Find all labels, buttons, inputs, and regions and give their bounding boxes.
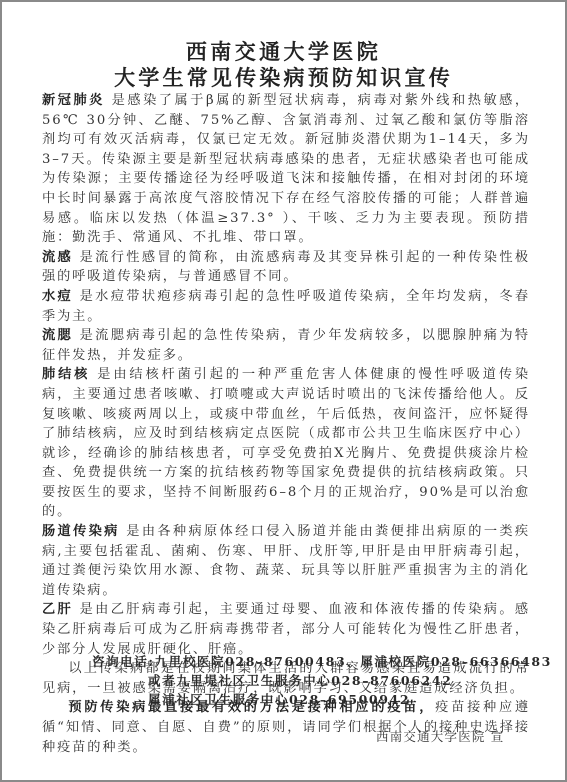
section-hepatitis-b-text: 是由乙肝病毒引起，主要通过母婴、血液和体液传播的传染病。感染乙肝病毒后可成为乙肝… (42, 602, 530, 656)
section-flu-text: 是流行性感冒的简称，由流感病毒及其变异株引起的一种传染性极强的呼吸道传染病，与普… (42, 250, 530, 285)
term-hepatitis-b: 乙肝 (42, 602, 73, 617)
term-mumps: 流腮 (42, 328, 73, 343)
section-covid: 新冠肺炎 是感染了属于β属的新型冠状病毒，病毒对紫外线和热敏感，56℃ 30分钟… (42, 91, 530, 248)
page-title-subject: 大学生常见传染病预防知识宣传 (0, 62, 567, 92)
term-tuberculosis: 肺结核 (42, 367, 90, 382)
section-chickenpox-text: 是水痘带状疱疹病毒引起的急性呼吸道传染病，全年均发病，冬春季为主。 (42, 289, 530, 324)
term-intestinal: 肠道传染病 (42, 524, 120, 539)
section-mumps-text: 是流腮病毒引起的急性传染病，青少年发病较多，以腮腺肿痛为特征伴发热，并发症多。 (42, 328, 530, 363)
contact-phone-line-1: 咨询电话:九里校医院028–87600483、犀浦校医院028–66366483 (92, 652, 552, 670)
section-intestinal: 肠道传染病 是由各种病原体经口侵入肠道并能由粪便排出病原的一类疾病,主要包括霍乱… (42, 522, 530, 600)
signature: 西南交通大学医院 宣 (376, 727, 504, 745)
term-covid: 新冠肺炎 (42, 93, 105, 108)
contact-phone-line-3: 犀浦社区卫生服务中心028–69500942 (148, 690, 410, 708)
section-flu: 流感 是流行性感冒的简称，由流感病毒及其变异株引起的一种传染性极强的呼吸道传染病… (42, 248, 530, 287)
term-flu: 流感 (42, 250, 73, 265)
term-chickenpox: 水痘 (42, 289, 73, 304)
section-tuberculosis-text: 是由结核杆菌引起的一种严重危害人体健康的慢性呼吸道传染病，主要通过患者咳嗽、打喷… (42, 367, 530, 519)
contact-phone-line-2: 或者九里堤社区卫生服务中心028–87606242 (148, 671, 452, 689)
section-mumps: 流腮 是流腮病毒引起的急性传染病，青少年发病较多，以腮腺肿痛为特征伴发热，并发症… (42, 326, 530, 365)
section-tuberculosis: 肺结核 是由结核杆菌引起的一种严重危害人体健康的慢性呼吸道传染病，主要通过患者咳… (42, 365, 530, 522)
section-chickenpox: 水痘 是水痘带状疱疹病毒引起的急性呼吸道传染病，全年均发病，冬春季为主。 (42, 287, 530, 326)
section-hepatitis-b: 乙肝 是由乙肝病毒引起，主要通过母婴、血液和体液传播的传染病。感染乙肝病毒后可成… (42, 600, 530, 659)
section-covid-text: 是感染了属于β属的新型冠状病毒，病毒对紫外线和热敏感，56℃ 30分钟、乙醚、7… (42, 93, 530, 245)
